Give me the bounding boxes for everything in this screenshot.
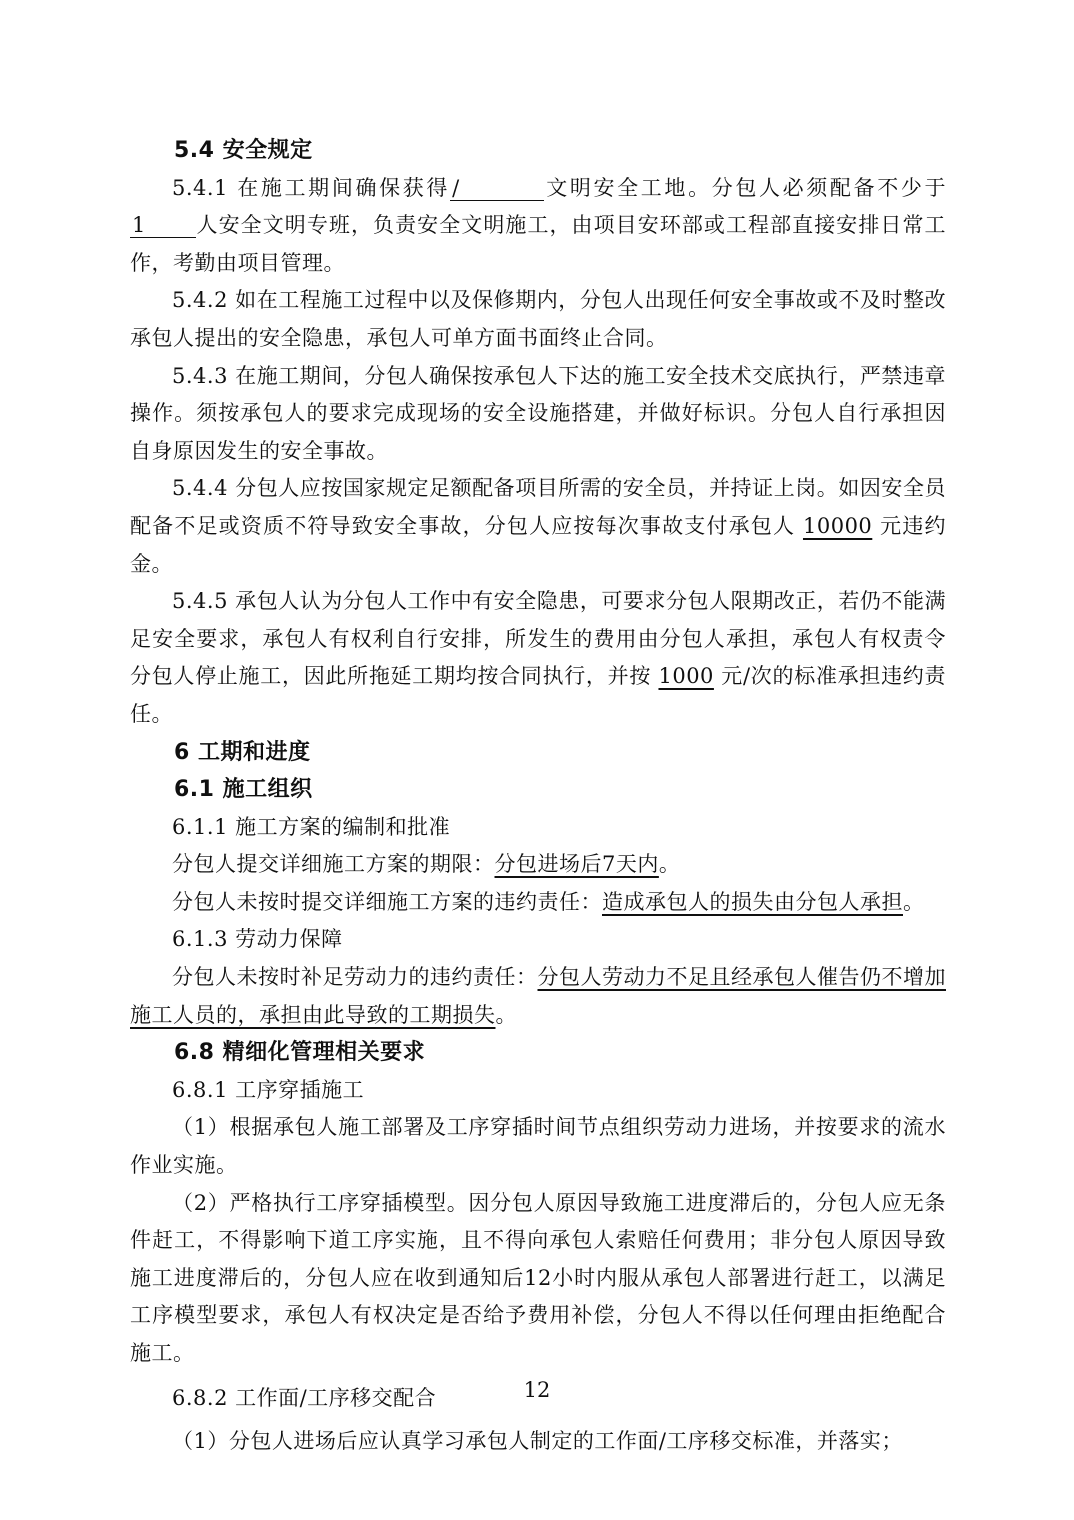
document-content: 5.4 安全规定5.4.1 在施工期间确保获得/文明安全工地。分包人必须配备不少…: [130, 132, 946, 1461]
paragraph: 5.4.2 如在工程施工过程中以及保修期内，分包人出现任何安全事故或不及时整改承…: [130, 282, 946, 357]
text-run: （1）根据承包人施工部署及工序穿插时间节点组织劳动力进场，并按要求的流水作业实施…: [130, 1115, 946, 1177]
underlined-text-run: 造成承包人的损失由分包人承担: [602, 890, 903, 914]
text-run: 5.4.1 在施工期间确保获得: [172, 176, 450, 200]
text-run: 文明安全工地。分包人必须配备不少于: [544, 176, 946, 200]
text-run: 6 工期和进度: [174, 740, 310, 765]
text-run: 。: [903, 890, 925, 914]
text-run: 5.4 安全规定: [174, 138, 313, 163]
section-heading: 6.1 施工组织: [130, 771, 946, 809]
filled-blank: 1: [130, 213, 196, 238]
section-heading: 5.4 安全规定: [130, 132, 946, 170]
underlined-text-run: 分包进场后7天内: [495, 852, 659, 876]
underlined-text-run: 10000: [803, 514, 872, 538]
paragraph: 6.1.3 劳动力保障: [130, 921, 946, 959]
paragraph: 6.8.1 工序穿插施工: [130, 1072, 946, 1110]
paragraph: 6.1.1 施工方案的编制和批准: [130, 809, 946, 847]
paragraph: 分包人未按时补足劳动力的违约责任：分包人劳动力不足且经承包人催告仍不增加施工人员…: [130, 959, 946, 1034]
text-run: （1）分包人进场后应认真学习承包人制定的工作面/工序移交标准，并落实；: [172, 1429, 903, 1453]
text-run: 6.8.1 工序穿插施工: [172, 1078, 364, 1102]
paragraph: 5.4.1 在施工期间确保获得/文明安全工地。分包人必须配备不少于1人安全文明专…: [130, 170, 946, 283]
text-run: （2）严格执行工序穿插模型。因分包人原因导致施工进度滞后的，分包人应无条件赶工，…: [130, 1191, 946, 1365]
text-run: 分包人未按时补足劳动力的违约责任：: [172, 965, 538, 989]
text-run: 6.1.1 施工方案的编制和批准: [172, 815, 450, 839]
section-heading: 6.8 精细化管理相关要求: [130, 1034, 946, 1072]
filled-blank: /: [450, 176, 544, 201]
text-run: 。: [496, 1003, 518, 1027]
text-run: 分包人未按时提交详细施工方案的违约责任：: [172, 890, 602, 914]
text-run: 人安全文明专班，负责安全文明施工，由项目安环部或工程部直接安排日常工作，考勤由项…: [130, 213, 946, 275]
document-page: 5.4 安全规定5.4.1 在施工期间确保获得/文明安全工地。分包人必须配备不少…: [0, 0, 1074, 1520]
text-run: 。: [659, 852, 681, 876]
text-run: 6.1 施工组织: [174, 777, 313, 802]
paragraph: （2）严格执行工序穿插模型。因分包人原因导致施工进度滞后的，分包人应无条件赶工，…: [130, 1185, 946, 1373]
paragraph: （1）分包人进场后应认真学习承包人制定的工作面/工序移交标准，并落实；: [130, 1423, 946, 1461]
paragraph: 分包人提交详细施工方案的期限：分包进场后7天内。: [130, 846, 946, 884]
text-run: 分包人提交详细施工方案的期限：: [172, 852, 495, 876]
paragraph: 5.4.3 在施工期间，分包人确保按承包人下达的施工安全技术交底执行，严禁违章操…: [130, 358, 946, 471]
paragraph: 5.4.5 承包人认为分包人工作中有安全隐患，可要求分包人限期改正，若仍不能满足…: [130, 583, 946, 733]
text-run: 5.4.2 如在工程施工过程中以及保修期内，分包人出现任何安全事故或不及时整改承…: [130, 288, 946, 350]
text-run: 5.4.3 在施工期间，分包人确保按承包人下达的施工安全技术交底执行，严禁违章操…: [130, 364, 946, 463]
section-heading: 6 工期和进度: [130, 734, 946, 772]
paragraph: 分包人未按时提交详细施工方案的违约责任：造成承包人的损失由分包人承担。: [130, 884, 946, 922]
paragraph: 5.4.4 分包人应按国家规定足额配备项目所需的安全员，并持证上岗。如因安全员配…: [130, 470, 946, 583]
page-number: 12: [0, 1378, 1074, 1402]
text-run: 6.1.3 劳动力保障: [172, 927, 343, 951]
text-run: 6.8 精细化管理相关要求: [174, 1040, 425, 1065]
paragraph: （1）根据承包人施工部署及工序穿插时间节点组织劳动力进场，并按要求的流水作业实施…: [130, 1109, 946, 1184]
underlined-text-run: 1000: [658, 664, 713, 688]
